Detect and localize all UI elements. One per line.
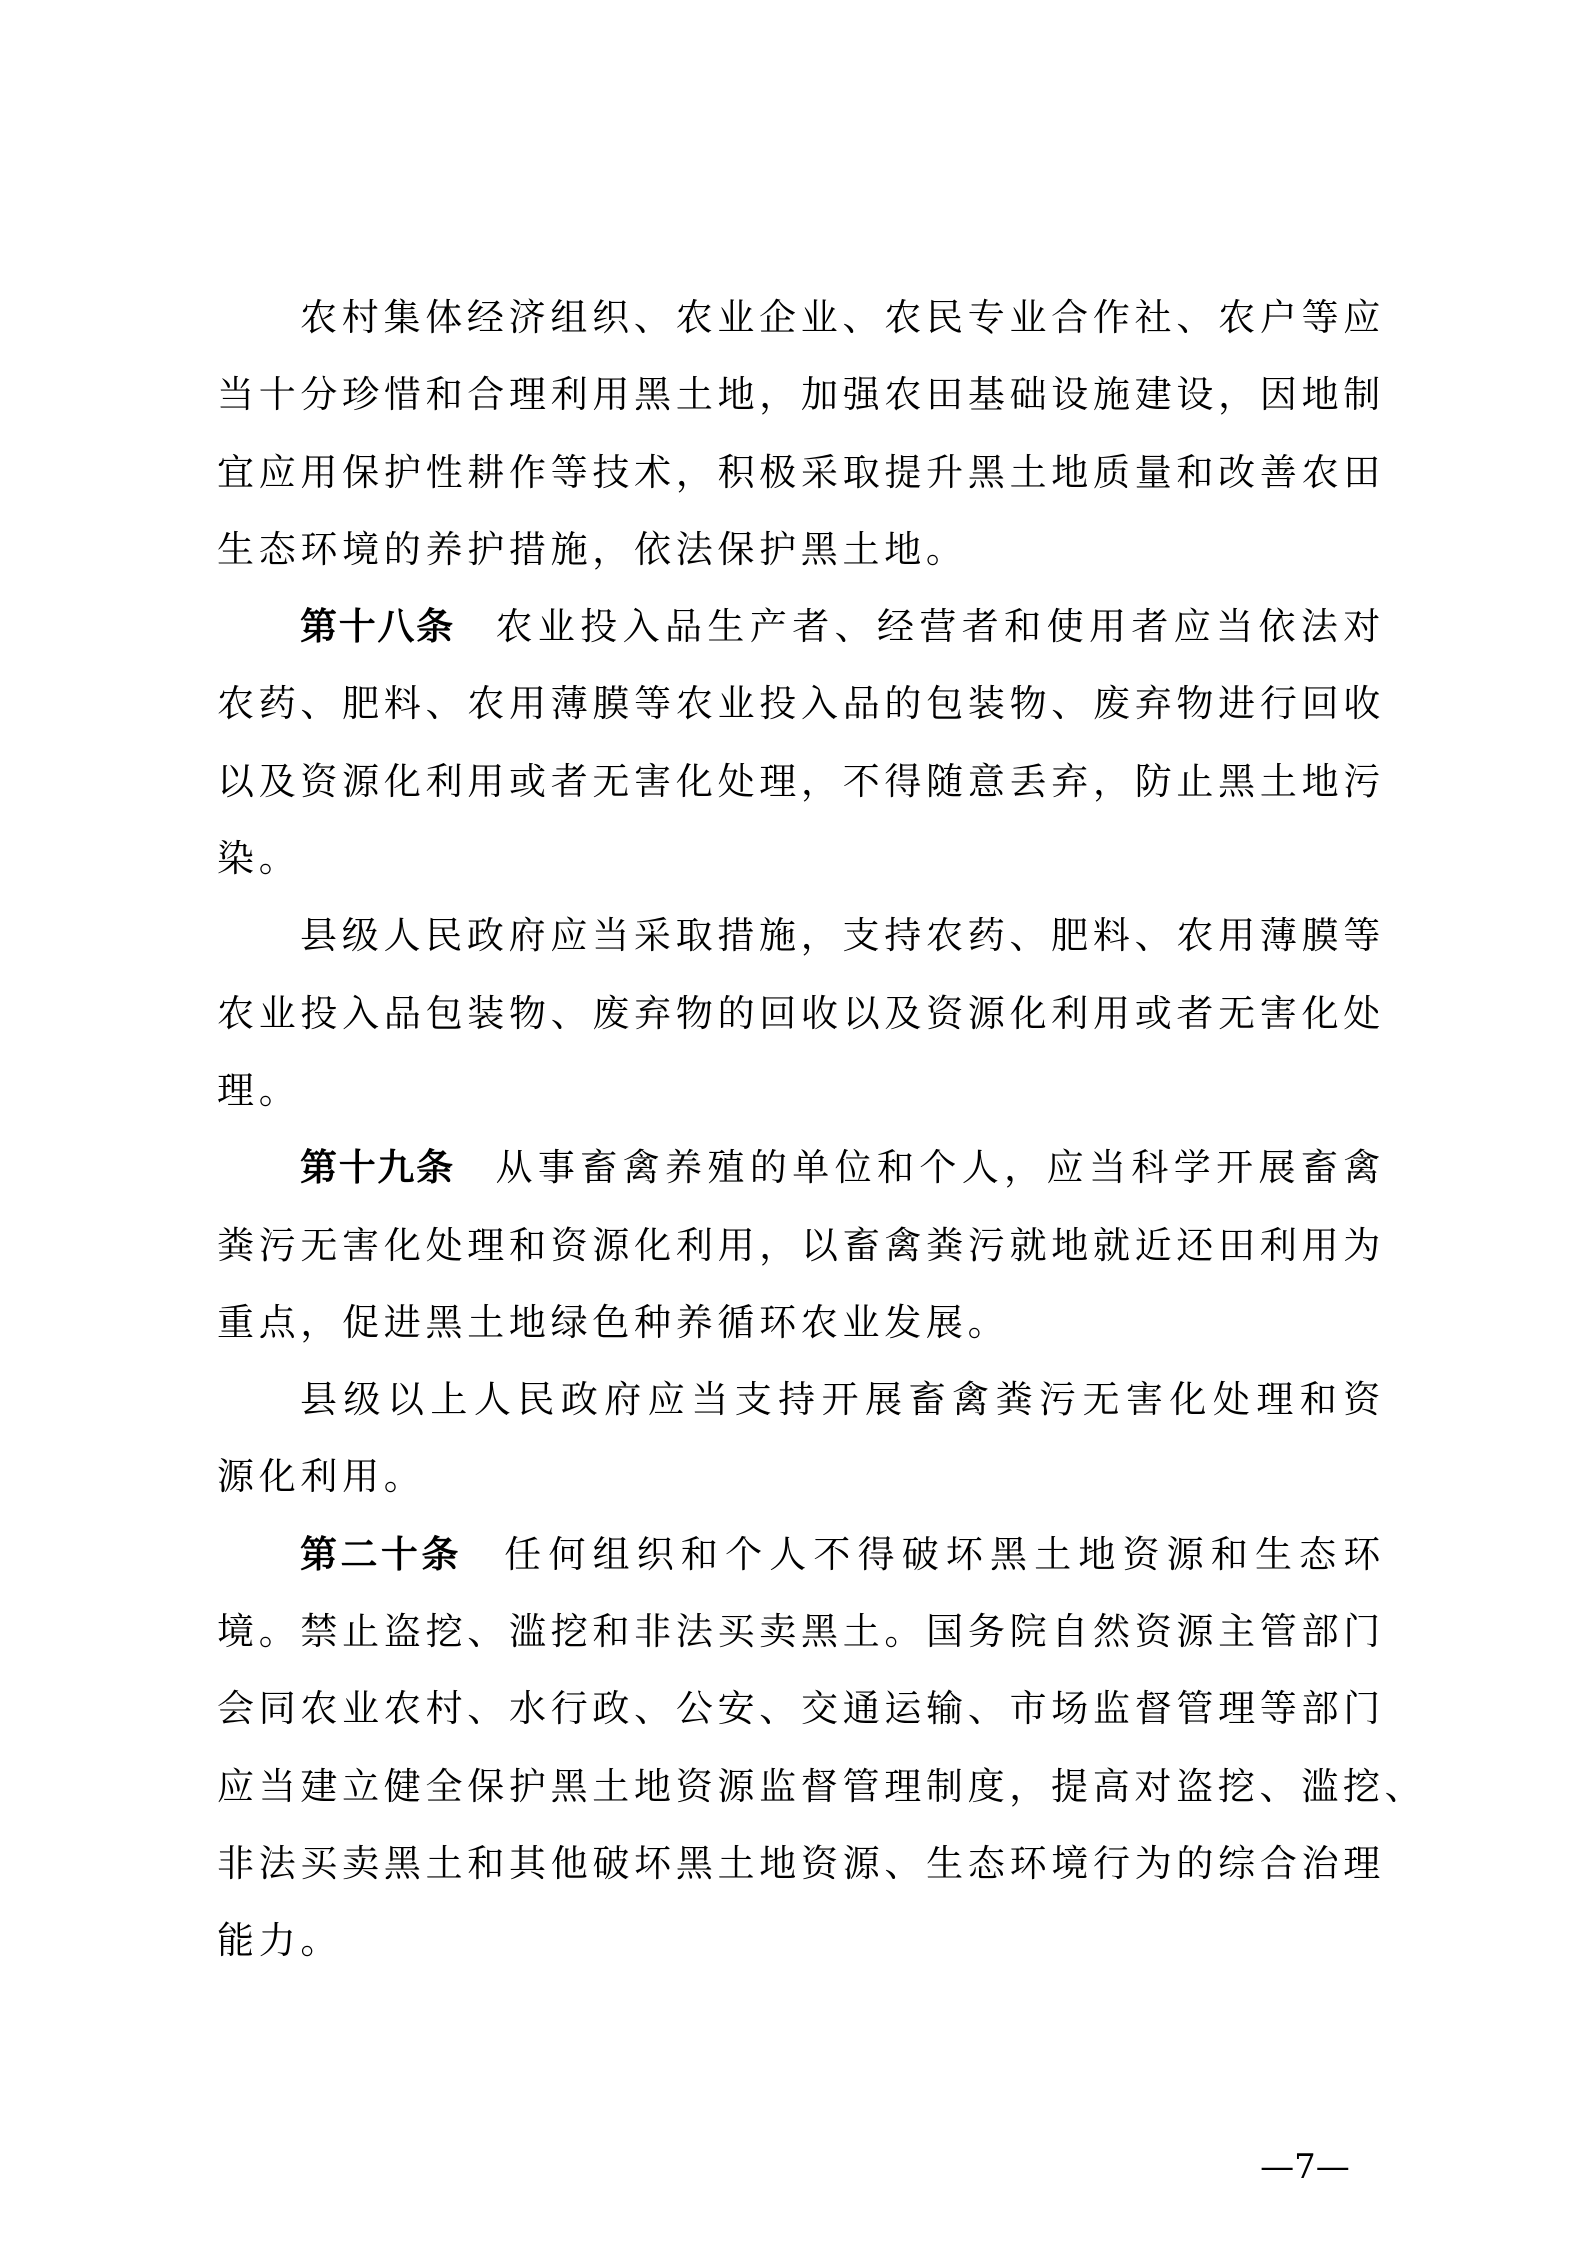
article-19: 第十九条从事畜禽养殖的单位和个人，应当科学开展畜禽 粪污无害化处理和资源化利用，… xyxy=(217,1138,1397,1370)
paragraph-line: 宜应用保护性耕作等技术，积极采取提升黑土地质量和改善农田 xyxy=(217,443,1385,520)
paragraph-line: 粪污无害化处理和资源化利用，以畜禽粪污就地就近还田利用为 xyxy=(217,1216,1385,1293)
paragraph-line: 县级以上人民政府应当支持开展畜禽粪污无害化处理和资 xyxy=(217,1370,1385,1447)
article-20: 第二十条任何组织和个人不得破坏黑土地资源和生态环 境。禁止盗挖、滥挖和非法买卖黑… xyxy=(217,1525,1397,1989)
paragraph-line: 能力。 xyxy=(217,1911,1385,1988)
paragraph-line: 境。禁止盗挖、滥挖和非法买卖黑土。国务院自然资源主管部门 xyxy=(217,1602,1385,1679)
page-number: —7— xyxy=(1240,2145,1370,2189)
document-body: 农村集体经济组织、农业企业、农民专业合作社、农户等应 当十分珍惜和合理利用黑土地… xyxy=(217,288,1397,1989)
paragraph-line: 源化利用。 xyxy=(217,1447,1385,1524)
paragraph-line: 重点，促进黑土地绿色种养循环农业发展。 xyxy=(217,1293,1385,1370)
paragraph-line: 非法买卖黑土和其他破坏黑土地资源、生态环境行为的综合治理 xyxy=(217,1834,1385,1911)
article-18: 第十八条农业投入品生产者、经营者和使用者应当依法对 农药、肥料、农用薄膜等农业投… xyxy=(217,597,1397,906)
paragraph-line: 县级人民政府应当采取措施，支持农药、肥料、农用薄膜等 xyxy=(217,906,1385,983)
article-number: 第二十条 xyxy=(300,1533,462,1576)
article-text: 任何组织和个人不得破坏黑土地资源和生态环 xyxy=(502,1533,1385,1576)
paragraph-5: 县级以上人民政府应当支持开展畜禽粪污无害化处理和资 源化利用。 xyxy=(217,1370,1397,1525)
paragraph-line: 以及资源化利用或者无害化处理，不得随意丢弃，防止黑土地污 xyxy=(217,752,1385,829)
paragraph-line: 染。 xyxy=(217,829,1385,906)
paragraph-line: 农村集体经济组织、农业企业、农民专业合作社、农户等应 xyxy=(217,288,1385,365)
paragraph-line: 第十八条农业投入品生产者、经营者和使用者应当依法对 xyxy=(217,597,1385,674)
article-number: 第十九条 xyxy=(300,1146,455,1189)
paragraph-line: 会同农业农村、水行政、公安、交通运输、市场监督管理等部门 xyxy=(217,1679,1385,1756)
paragraph-1: 农村集体经济组织、农业企业、农民专业合作社、农户等应 当十分珍惜和合理利用黑土地… xyxy=(217,288,1397,597)
paragraph-line: 生态环境的养护措施，依法保护黑土地。 xyxy=(217,520,1385,597)
paragraph-line: 农业投入品包装物、废弃物的回收以及资源化利用或者无害化处 xyxy=(217,984,1385,1061)
paragraph-line: 理。 xyxy=(217,1061,1385,1138)
paragraph-line: 当十分珍惜和合理利用黑土地，加强农田基础设施建设，因地制 xyxy=(217,365,1385,442)
article-text: 从事畜禽养殖的单位和个人，应当科学开展畜禽 xyxy=(495,1146,1385,1189)
paragraph-line: 第二十条任何组织和个人不得破坏黑土地资源和生态环 xyxy=(217,1525,1385,1602)
paragraph-3: 县级人民政府应当采取措施，支持农药、肥料、农用薄膜等 农业投入品包装物、废弃物的… xyxy=(217,906,1397,1138)
article-text: 农业投入品生产者、经营者和使用者应当依法对 xyxy=(495,605,1385,648)
article-number: 第十八条 xyxy=(300,605,455,648)
document-page: 农村集体经济组织、农业企业、农民专业合作社、农户等应 当十分珍惜和合理利用黑土地… xyxy=(0,0,1587,2245)
paragraph-line: 农药、肥料、农用薄膜等农业投入品的包装物、废弃物进行回收 xyxy=(217,674,1385,751)
paragraph-line: 应当建立健全保护黑土地资源监督管理制度，提高对盗挖、滥挖、 xyxy=(217,1757,1385,1834)
paragraph-line: 第十九条从事畜禽养殖的单位和个人，应当科学开展畜禽 xyxy=(217,1138,1385,1215)
